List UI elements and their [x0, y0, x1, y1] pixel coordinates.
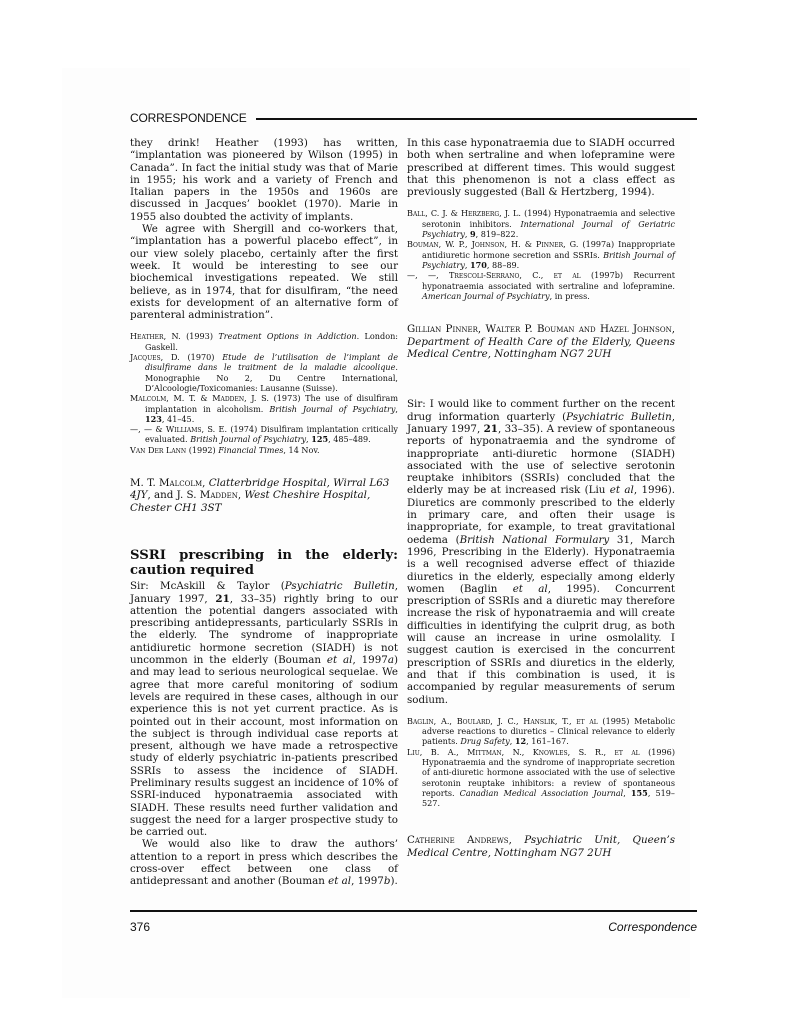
reference-item: Ball, C. J. & Herzberg, J. L. (1994) Hyp…: [407, 208, 675, 239]
reference-item: —, —, Trescoli-Serrano, C., et al (1997b…: [407, 270, 675, 301]
body-paragraph: We agree with Shergill and co-workers th…: [130, 223, 398, 321]
reference-item: Jacques, D. (1970) Etude de l’utilisatio…: [130, 352, 398, 393]
reference-item: Baglin, A., Boulard, J. C., Hanslik, T.,…: [407, 716, 675, 747]
journal-section-name: Correspondence: [608, 920, 697, 934]
letter-body-paragraph: Sir: McAskill & Taylor (Psychiatric Bull…: [130, 580, 398, 838]
reference-item: Liu, B. A., Mittman, N., Knowles, S. R.,…: [407, 747, 675, 809]
header-rule: [256, 118, 697, 120]
right-column: In this case hyponatraemia due to SIADH …: [407, 137, 675, 859]
page-number: 376: [130, 920, 150, 934]
author-signature: M. T. Malcolm, Clatterbridge Hospital, W…: [130, 477, 398, 514]
reference-item: —, — & Williams, S. E. (1974) Disulfiram…: [130, 424, 398, 445]
reference-item: Bouman, W. P., Johnson, H. & Pinner, G. …: [407, 239, 675, 270]
page-footer: 376 Correspondence: [130, 920, 697, 934]
letter-body-paragraph: Sir: I would like to comment further on …: [407, 398, 675, 705]
author-signature: Catherine Andrews, Psychiatric Unit, Que…: [407, 834, 675, 859]
reference-list: Heather, N. (1993) Treatment Options in …: [130, 331, 398, 455]
reference-item: Van Der Lann (1992) Financial Times, 14 …: [130, 445, 398, 455]
footer-rule: [130, 910, 697, 912]
left-column: they drink! Heather (1993) has written, …: [130, 137, 398, 888]
continuation-paragraph: In this case hyponatraemia due to SIADH …: [407, 137, 675, 198]
letter-body-paragraph: We would also like to draw the authors’ …: [130, 838, 398, 887]
continuation-paragraph: they drink! Heather (1993) has written, …: [130, 137, 398, 223]
reference-item: Malcolm, M. T. & Madden, J. S. (1973) Th…: [130, 393, 398, 424]
reference-list: Ball, C. J. & Herzberg, J. L. (1994) Hyp…: [407, 208, 675, 301]
author-signature: Gillian Pinner, Walter P. Bouman and Haz…: [407, 323, 675, 360]
reference-list: Baglin, A., Boulard, J. C., Hanslik, T.,…: [407, 716, 675, 809]
running-head: CORRESPONDENCE: [130, 110, 697, 126]
reference-item: Heather, N. (1993) Treatment Options in …: [130, 331, 398, 352]
letter-headline: SSRI prescribing in the elderly: caution…: [130, 548, 398, 578]
section-label: CORRESPONDENCE: [130, 111, 247, 125]
